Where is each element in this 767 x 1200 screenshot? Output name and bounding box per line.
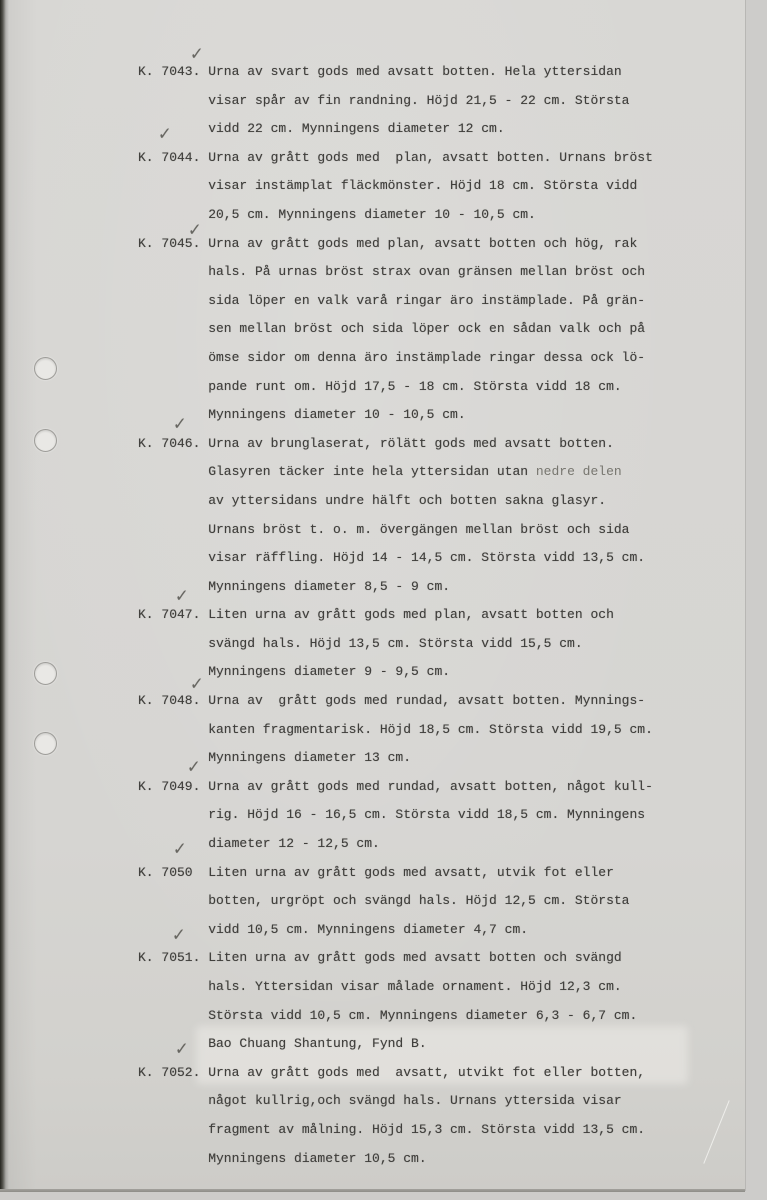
checkmark-icon: ✓ bbox=[173, 840, 187, 858]
entry-line: botten, urgröpt och svängd hals. Höjd 12… bbox=[208, 887, 662, 916]
entry-line: Mynningens diameter 9 - 9,5 cm. bbox=[208, 658, 662, 687]
entry-number: K. 7044. bbox=[138, 144, 200, 173]
entry-line: Urna av svart gods med avsatt botten. He… bbox=[208, 58, 662, 87]
entry-line: Mynningens diameter 13 cm. bbox=[208, 744, 662, 773]
entry-line: Mynningens diameter 8,5 - 9 cm. bbox=[208, 573, 662, 602]
scan-left-edge-shadow bbox=[0, 0, 9, 1191]
entry-line: vidd 22 cm. Mynningens diameter 12 cm. bbox=[208, 115, 662, 144]
entry-line: visar räffling. Höjd 14 - 14,5 cm. Störs… bbox=[208, 544, 662, 573]
entry-line: hals. På urnas bröst strax ovan gränsen … bbox=[208, 258, 662, 287]
entry-number: K. 7046. bbox=[138, 430, 200, 459]
entry-number: K. 7052. bbox=[138, 1059, 200, 1088]
entry-number: K. 7051. bbox=[138, 944, 200, 973]
entry-line: ömse sidor om denna äro instämplade ring… bbox=[208, 344, 662, 373]
entry-line: Urnans bröst t. o. m. övergängen mellan … bbox=[208, 516, 662, 545]
entry-line-faint-text: nedre delen bbox=[536, 464, 622, 479]
catalog-entry: ✓K. 7047.Liten urna av grått gods med pl… bbox=[138, 601, 662, 687]
entry-line: Urna av grått gods med rundad, avsatt bo… bbox=[208, 687, 662, 716]
entry-line: sen mellan bröst och sida löper ock en s… bbox=[208, 315, 662, 344]
catalog-entries: ✓K. 7043.Urna av svart gods med avsatt b… bbox=[138, 58, 662, 1173]
punch-hole bbox=[34, 357, 57, 380]
entry-line: vidd 10,5 cm. Mynningens diameter 4,7 cm… bbox=[208, 916, 662, 945]
entry-line: Mynningens diameter 10 - 10,5 cm. bbox=[208, 401, 662, 430]
entry-line: svängd hals. Höjd 13,5 cm. Största vidd … bbox=[208, 630, 662, 659]
entry-line: rig. Höjd 16 - 16,5 cm. Största vidd 18,… bbox=[208, 801, 662, 830]
scanned-catalog-page: ✓K. 7043.Urna av svart gods med avsatt b… bbox=[0, 0, 767, 1200]
entry-number: K. 7049. bbox=[138, 773, 200, 802]
entry-line: Liten urna av grått gods med plan, avsat… bbox=[208, 601, 662, 630]
entry-line: 20,5 cm. Mynningens diameter 10 - 10,5 c… bbox=[208, 201, 662, 230]
scan-bottom-edge bbox=[0, 1189, 745, 1192]
entry-line: Mynningens diameter 10,5 cm. bbox=[208, 1145, 662, 1174]
entry-line: fragment av målning. Höjd 15,3 cm. Störs… bbox=[208, 1116, 662, 1145]
checkmark-icon: ✓ bbox=[158, 125, 172, 143]
punch-hole bbox=[34, 732, 57, 755]
entry-number: K. 7048. bbox=[138, 687, 200, 716]
entry-line: sida löper en valk varå ringar äro instä… bbox=[208, 287, 662, 316]
entry-line: Liten urna av grått gods med avsatt, utv… bbox=[208, 859, 662, 888]
entry-line: visar instämplat fläckmönster. Höjd 18 c… bbox=[208, 172, 662, 201]
catalog-entry: ✓K. 7051.Liten urna av grått gods med av… bbox=[138, 944, 662, 1058]
entry-line: Urna av brunglaserat, rölätt gods med av… bbox=[208, 430, 662, 459]
entry-number: K. 7043. bbox=[138, 58, 200, 87]
entry-line: hals. Yttersidan visar målade ornament. … bbox=[208, 973, 662, 1002]
catalog-entry: ✓K. 7046.Urna av brunglaserat, rölätt go… bbox=[138, 430, 662, 602]
catalog-entry: ✓K. 7052.Urna av grått gods med avsatt, … bbox=[138, 1059, 662, 1173]
catalog-entry: ✓K. 7045.Urna av grått gods med plan, av… bbox=[138, 230, 662, 430]
entry-line: visar spår av fin randning. Höjd 21,5 - … bbox=[208, 87, 662, 116]
entry-line: av yttersidans undre hälft och botten sa… bbox=[208, 487, 662, 516]
catalog-entry: ✓K. 7044.Urna av grått gods med plan, av… bbox=[138, 144, 662, 230]
entry-line: något kullrig,och svängd hals. Urnans yt… bbox=[208, 1087, 662, 1116]
entry-line: diameter 12 - 12,5 cm. bbox=[208, 830, 662, 859]
entry-line: pande runt om. Höjd 17,5 - 18 cm. Störst… bbox=[208, 373, 662, 402]
entry-line: Glasyren täcker inte hela yttersidan uta… bbox=[208, 458, 662, 487]
entry-number: K. 7045. bbox=[138, 230, 200, 259]
entry-line: Största vidd 10,5 cm. Mynningens diamete… bbox=[208, 1002, 662, 1031]
entry-number: K. 7050 bbox=[138, 859, 193, 888]
entry-line: Urna av grått gods med plan, avsatt bott… bbox=[208, 144, 662, 173]
checkmark-icon: ✓ bbox=[172, 927, 186, 945]
entry-line: Bao Chuang Shantung, Fynd B. bbox=[208, 1030, 662, 1059]
punch-hole bbox=[34, 662, 57, 685]
catalog-entry: ✓K. 7043.Urna av svart gods med avsatt b… bbox=[138, 58, 662, 144]
catalog-entry: ✓K. 7049.Urna av grått gods med rundad, … bbox=[138, 773, 662, 859]
entry-line: Liten urna av grått gods med avsatt bott… bbox=[208, 944, 662, 973]
checkmark-icon: ✓ bbox=[175, 1040, 189, 1058]
entry-line-text: Glasyren täcker inte hela yttersidan uta… bbox=[208, 464, 536, 479]
entry-number: K. 7047. bbox=[138, 601, 200, 630]
catalog-entry: ✓K. 7048.Urna av grått gods med rundad, … bbox=[138, 687, 662, 773]
catalog-entry: ✓K. 7050Liten urna av grått gods med avs… bbox=[138, 859, 662, 945]
entry-line: Urna av grått gods med avsatt, utvikt fo… bbox=[208, 1059, 662, 1088]
punch-hole bbox=[34, 429, 57, 452]
entry-line: kanten fragmentarisk. Höjd 18,5 cm. Stör… bbox=[208, 716, 662, 745]
entry-line: Urna av grått gods med rundad, avsatt bo… bbox=[208, 773, 662, 802]
entry-line: Urna av grått gods med plan, avsatt bott… bbox=[208, 230, 662, 259]
